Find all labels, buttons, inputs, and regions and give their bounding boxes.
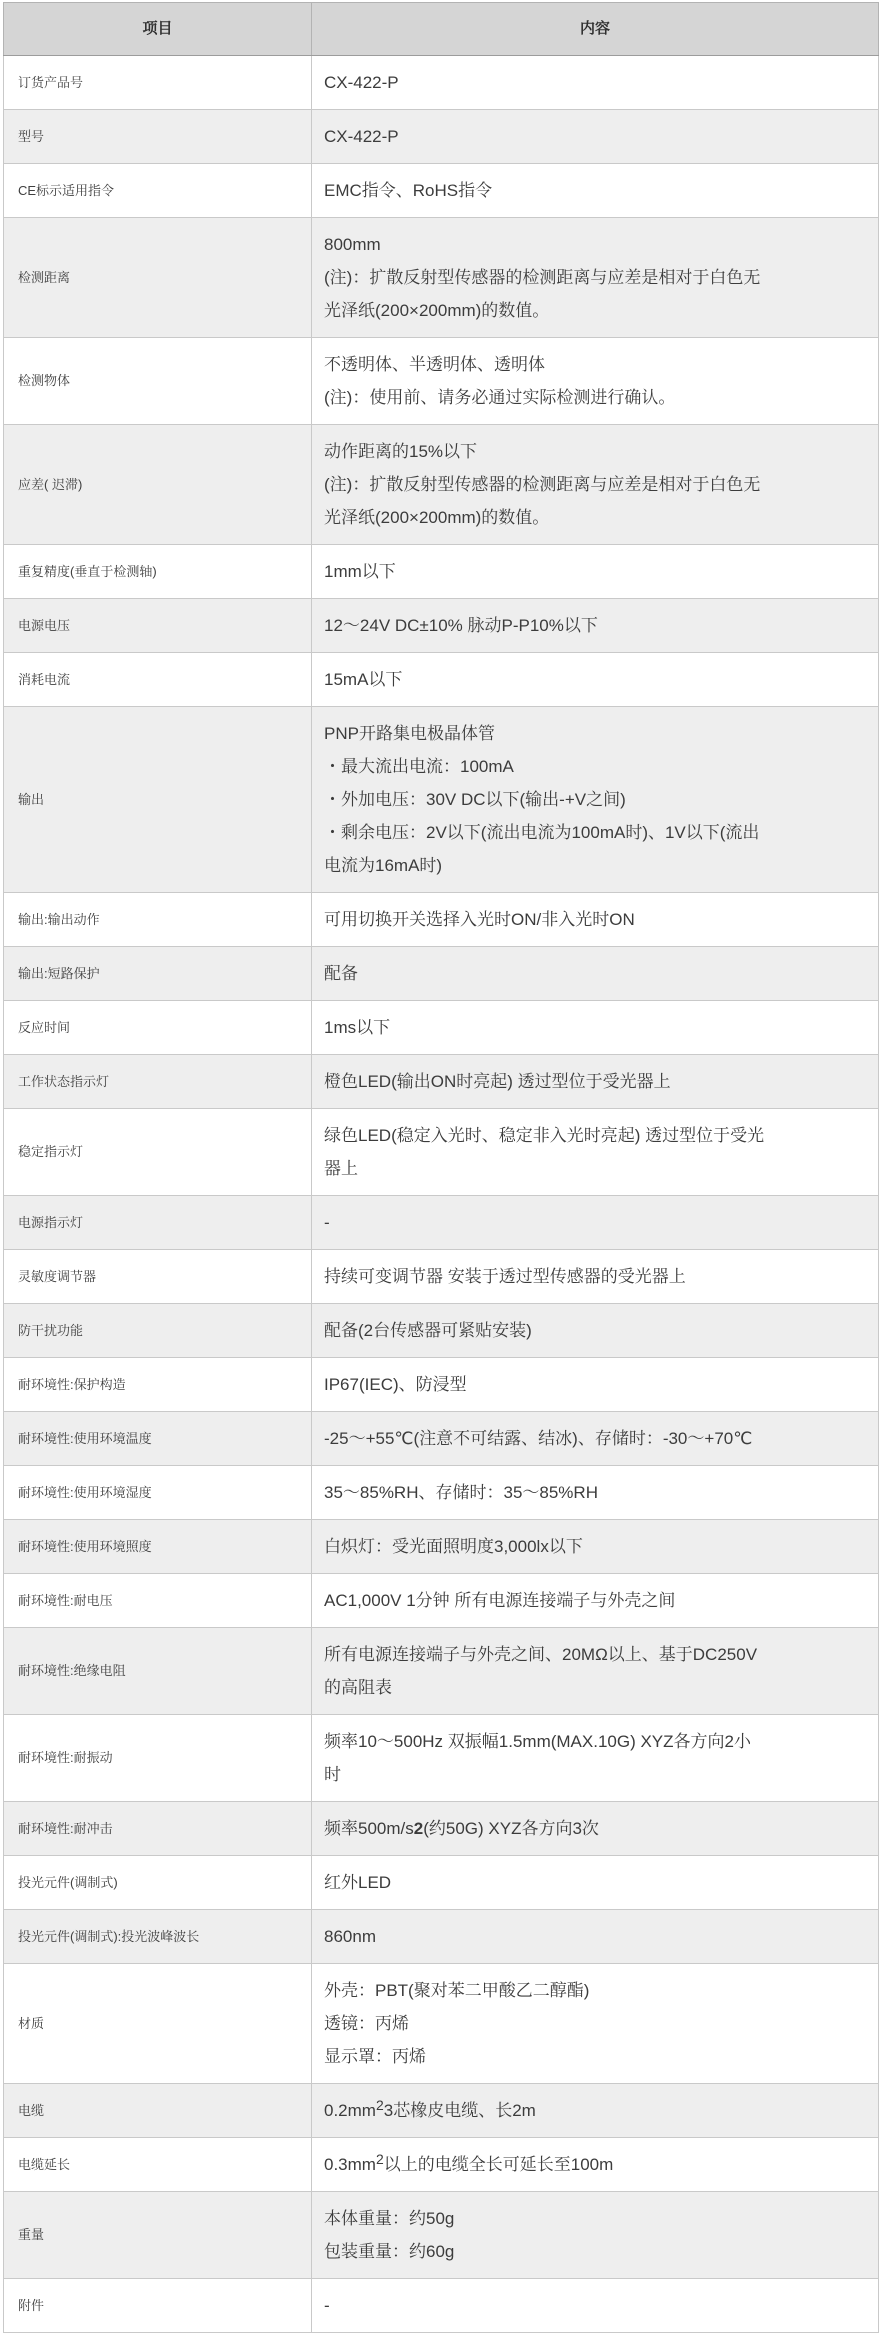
spec-item-label: 耐环境性:使用环境温度: [4, 1412, 312, 1466]
spec-item-value: 红外LED: [312, 1856, 879, 1910]
spec-item-value: 动作距离的15%以下(注)：扩散反射型传感器的检测距离与应差是相对于白色无光泽纸…: [312, 425, 879, 545]
spec-value-line: 显示罩：丙烯: [324, 2040, 862, 2073]
spec-value-line: ・外加电压：30V DC以下(输出-+V之间): [324, 783, 862, 816]
spec-value-line: 白炽灯：受光面照明度3,000lx以下: [324, 1530, 862, 1563]
spec-item-label: 耐环境性:绝缘电阻: [4, 1628, 312, 1715]
spec-value-line: 12～24V DC±10% 脉动P-P10%以下: [324, 609, 862, 642]
table-row: 耐环境性:使用环境湿度35～85%RH、存储时：35～85%RH: [4, 1466, 879, 1520]
spec-item-value: 0.2mm23芯橡皮电缆、长2m: [312, 2084, 879, 2138]
spec-value-line: (注)：扩散反射型传感器的检测距离与应差是相对于白色无: [324, 468, 862, 501]
table-row: 耐环境性:耐冲击频率500m/s2(约50G) XYZ各方向3次: [4, 1802, 879, 1856]
spec-item-value: -: [312, 1196, 879, 1250]
spec-item-value: 橙色LED(输出ON时亮起) 透过型位于受光器上: [312, 1055, 879, 1109]
spec-value-line: 频率10～500Hz 双振幅1.5mm(MAX.10G) XYZ各方向2小: [324, 1725, 862, 1758]
spec-item-value: 1mm以下: [312, 545, 879, 599]
table-row: 电缆延长0.3mm2以上的电缆全长可延长至100m: [4, 2138, 879, 2192]
spec-item-value: 所有电源连接端子与外壳之间、20MΩ以上、基于DC250V的高阻表: [312, 1628, 879, 1715]
spec-value-line: 15mA以下: [324, 663, 862, 696]
spec-value-line: 光泽纸(200×200mm)的数值。: [324, 501, 862, 534]
table-row: 稳定指示灯绿色LED(稳定入光时、稳定非入光时亮起) 透过型位于受光器上: [4, 1109, 879, 1196]
spec-value-line: 所有电源连接端子与外壳之间、20MΩ以上、基于DC250V: [324, 1638, 862, 1671]
table-row: 灵敏度调节器持续可变调节器 安装于透过型传感器的受光器上: [4, 1250, 879, 1304]
spec-item-label: 耐环境性:耐冲击: [4, 1802, 312, 1856]
spec-item-value: PNP开路集电极晶体管・最大流出电流：100mA・外加电压：30V DC以下(输…: [312, 707, 879, 893]
table-row: 耐环境性:保护构造IP67(IEC)、防浸型: [4, 1358, 879, 1412]
spec-item-label: 输出:短路保护: [4, 947, 312, 1001]
spec-value-line: 绿色LED(稳定入光时、稳定非入光时亮起) 透过型位于受光: [324, 1119, 862, 1152]
spec-value-line: ・剩余电压：2V以下(流出电流为100mA时)、1V以下(流出: [324, 816, 862, 849]
spec-value-line: 不透明体、半透明体、透明体: [324, 348, 862, 381]
table-row: 反应时间1ms以下: [4, 1001, 879, 1055]
spec-item-label: 防干扰功能: [4, 1304, 312, 1358]
spec-item-value: 白炽灯：受光面照明度3,000lx以下: [312, 1520, 879, 1574]
spec-item-value: 频率500m/s2(约50G) XYZ各方向3次: [312, 1802, 879, 1856]
spec-item-label: 订货产品号: [4, 56, 312, 110]
spec-value-line: 外壳：PBT(聚对苯二甲酸乙二醇酯): [324, 1974, 862, 2007]
spec-item-label: 电源电压: [4, 599, 312, 653]
spec-value-line: 透镜：丙烯: [324, 2007, 862, 2040]
spec-item-label: 重复精度(垂直于检测轴): [4, 545, 312, 599]
table-row: 投光元件(调制式):投光波峰波长860nm: [4, 1910, 879, 1964]
spec-value-line: 时: [324, 1758, 862, 1791]
spec-item-value: EMC指令、RoHS指令: [312, 164, 879, 218]
spec-item-label: 耐环境性:耐振动: [4, 1715, 312, 1802]
spec-item-value: 配备: [312, 947, 879, 1001]
spec-value-line: 动作距离的15%以下: [324, 435, 862, 468]
spec-value-line: 1mm以下: [324, 555, 862, 588]
spec-table: 项目 内容 订货产品号CX-422-P型号CX-422-PCE标示适用指令EMC…: [3, 2, 879, 2333]
spec-value-line: 红外LED: [324, 1866, 862, 1899]
spec-item-value: 配备(2台传感器可紧贴安装): [312, 1304, 879, 1358]
spec-value-line: -: [324, 2289, 862, 2322]
spec-item-value: CX-422-P: [312, 56, 879, 110]
table-row: 耐环境性:绝缘电阻所有电源连接端子与外壳之间、20MΩ以上、基于DC250V的高…: [4, 1628, 879, 1715]
table-row: 耐环境性:耐电压AC1,000V 1分钟 所有电源连接端子与外壳之间: [4, 1574, 879, 1628]
spec-value-line: 配备: [324, 957, 862, 990]
spec-item-label: CE标示适用指令: [4, 164, 312, 218]
spec-value-line: -25～+55℃(注意不可结露、结冰)、存储时：-30～+70℃: [324, 1422, 862, 1455]
table-row: 检测距离800mm(注)：扩散反射型传感器的检测距离与应差是相对于白色无光泽纸(…: [4, 218, 879, 338]
spec-item-label: 电源指示灯: [4, 1196, 312, 1250]
column-header-item: 项目: [4, 3, 312, 56]
spec-value-line: 1ms以下: [324, 1011, 862, 1044]
spec-item-label: 检测距离: [4, 218, 312, 338]
spec-item-value: 860nm: [312, 1910, 879, 1964]
table-row: 检测物体不透明体、半透明体、透明体(注)：使用前、请务必通过实际检测进行确认。: [4, 338, 879, 425]
spec-value-line: 包装重量：约60g: [324, 2235, 862, 2268]
spec-item-label: 材质: [4, 1964, 312, 2084]
spec-item-label: 应差( 迟滞): [4, 425, 312, 545]
table-header-row: 项目 内容: [4, 3, 879, 56]
spec-value-line: 的高阻表: [324, 1671, 862, 1704]
superscript-digit: 2: [376, 2097, 384, 2113]
spec-item-label: 工作状态指示灯: [4, 1055, 312, 1109]
spec-value-line: 35～85%RH、存储时：35～85%RH: [324, 1476, 862, 1509]
spec-item-value: 绿色LED(稳定入光时、稳定非入光时亮起) 透过型位于受光器上: [312, 1109, 879, 1196]
table-row: 耐环境性:使用环境温度-25～+55℃(注意不可结露、结冰)、存储时：-30～+…: [4, 1412, 879, 1466]
spec-item-value: -: [312, 2279, 879, 2333]
spec-value-line: 800mm: [324, 228, 862, 261]
spec-item-value: IP67(IEC)、防浸型: [312, 1358, 879, 1412]
table-row: 工作状态指示灯橙色LED(输出ON时亮起) 透过型位于受光器上: [4, 1055, 879, 1109]
table-row: 输出:短路保护配备: [4, 947, 879, 1001]
spec-item-value: 1ms以下: [312, 1001, 879, 1055]
spec-page: 项目 内容 订货产品号CX-422-P型号CX-422-PCE标示适用指令EMC…: [0, 0, 882, 2335]
spec-item-label: 输出: [4, 707, 312, 893]
spec-item-value: CX-422-P: [312, 110, 879, 164]
table-row: 电缆0.2mm23芯橡皮电缆、长2m: [4, 2084, 879, 2138]
spec-value-line: 0.3mm2以上的电缆全长可延长至100m: [324, 2148, 862, 2181]
spec-item-value: 本体重量：约50g包装重量：约60g: [312, 2192, 879, 2279]
spec-value-line: 860nm: [324, 1920, 862, 1953]
spec-value-line: 持续可变调节器 安装于透过型传感器的受光器上: [324, 1260, 862, 1293]
spec-item-value: AC1,000V 1分钟 所有电源连接端子与外壳之间: [312, 1574, 879, 1628]
table-row: 防干扰功能配备(2台传感器可紧贴安装): [4, 1304, 879, 1358]
spec-value-line: CX-422-P: [324, 120, 862, 153]
spec-item-value: 频率10～500Hz 双振幅1.5mm(MAX.10G) XYZ各方向2小时: [312, 1715, 879, 1802]
table-row: 耐环境性:耐振动频率10～500Hz 双振幅1.5mm(MAX.10G) XYZ…: [4, 1715, 879, 1802]
table-row: 重量本体重量：约50g包装重量：约60g: [4, 2192, 879, 2279]
table-row: 重复精度(垂直于检测轴)1mm以下: [4, 545, 879, 599]
spec-item-value: 可用切换开关选择入光时ON/非入光时ON: [312, 893, 879, 947]
spec-value-line: ・最大流出电流：100mA: [324, 750, 862, 783]
spec-item-label: 耐环境性:使用环境湿度: [4, 1466, 312, 1520]
table-row: 电源指示灯-: [4, 1196, 879, 1250]
table-row: 输出PNP开路集电极晶体管・最大流出电流：100mA・外加电压：30V DC以下…: [4, 707, 879, 893]
spec-item-label: 投光元件(调制式):投光波峰波长: [4, 1910, 312, 1964]
spec-item-value: 不透明体、半透明体、透明体(注)：使用前、请务必通过实际检测进行确认。: [312, 338, 879, 425]
spec-item-label: 灵敏度调节器: [4, 1250, 312, 1304]
spec-item-value: 持续可变调节器 安装于透过型传感器的受光器上: [312, 1250, 879, 1304]
spec-value-line: 橙色LED(输出ON时亮起) 透过型位于受光器上: [324, 1065, 862, 1098]
spec-table-body: 订货产品号CX-422-P型号CX-422-PCE标示适用指令EMC指令、RoH…: [4, 56, 879, 2333]
spec-value-line: 可用切换开关选择入光时ON/非入光时ON: [324, 903, 862, 936]
spec-item-label: 型号: [4, 110, 312, 164]
table-row: 型号CX-422-P: [4, 110, 879, 164]
spec-value-line: (注)：使用前、请务必通过实际检测进行确认。: [324, 381, 862, 414]
spec-value-line: 电流为16mA时): [324, 849, 862, 882]
bold-digit: 2: [414, 1819, 423, 1838]
spec-item-label: 附件: [4, 2279, 312, 2333]
spec-value-line: (注)：扩散反射型传感器的检测距离与应差是相对于白色无: [324, 261, 862, 294]
spec-item-value: 外壳：PBT(聚对苯二甲酸乙二醇酯)透镜：丙烯显示罩：丙烯: [312, 1964, 879, 2084]
table-row: 附件-: [4, 2279, 879, 2333]
spec-item-value: -25～+55℃(注意不可结露、结冰)、存储时：-30～+70℃: [312, 1412, 879, 1466]
spec-item-label: 重量: [4, 2192, 312, 2279]
spec-item-value: 35～85%RH、存储时：35～85%RH: [312, 1466, 879, 1520]
spec-item-label: 反应时间: [4, 1001, 312, 1055]
spec-value-line: 频率500m/s2(约50G) XYZ各方向3次: [324, 1812, 862, 1845]
table-row: 材质外壳：PBT(聚对苯二甲酸乙二醇酯)透镜：丙烯显示罩：丙烯: [4, 1964, 879, 2084]
table-row: 输出:输出动作可用切换开关选择入光时ON/非入光时ON: [4, 893, 879, 947]
spec-value-line: 光泽纸(200×200mm)的数值。: [324, 294, 862, 327]
spec-item-label: 输出:输出动作: [4, 893, 312, 947]
spec-value-line: CX-422-P: [324, 66, 862, 99]
superscript-digit: 2: [376, 2151, 384, 2167]
spec-item-value: 15mA以下: [312, 653, 879, 707]
spec-item-label: 消耗电流: [4, 653, 312, 707]
spec-value-line: PNP开路集电极晶体管: [324, 717, 862, 750]
table-row: 电源电压12～24V DC±10% 脉动P-P10%以下: [4, 599, 879, 653]
spec-item-label: 稳定指示灯: [4, 1109, 312, 1196]
spec-item-value: 800mm(注)：扩散反射型传感器的检测距离与应差是相对于白色无光泽纸(200×…: [312, 218, 879, 338]
spec-value-line: 本体重量：约50g: [324, 2202, 862, 2235]
spec-item-label: 电缆: [4, 2084, 312, 2138]
column-header-content: 内容: [312, 3, 879, 56]
spec-value-line: IP67(IEC)、防浸型: [324, 1368, 862, 1401]
spec-item-label: 投光元件(调制式): [4, 1856, 312, 1910]
spec-value-line: AC1,000V 1分钟 所有电源连接端子与外壳之间: [324, 1584, 862, 1617]
spec-value-line: -: [324, 1206, 862, 1239]
spec-item-value: 0.3mm2以上的电缆全长可延长至100m: [312, 2138, 879, 2192]
table-row: 应差( 迟滞)动作距离的15%以下(注)：扩散反射型传感器的检测距离与应差是相对…: [4, 425, 879, 545]
spec-item-label: 耐环境性:保护构造: [4, 1358, 312, 1412]
spec-item-value: 12～24V DC±10% 脉动P-P10%以下: [312, 599, 879, 653]
spec-item-label: 检测物体: [4, 338, 312, 425]
table-row: CE标示适用指令EMC指令、RoHS指令: [4, 164, 879, 218]
table-row: 订货产品号CX-422-P: [4, 56, 879, 110]
spec-value-line: 器上: [324, 1152, 862, 1185]
spec-item-label: 耐环境性:耐电压: [4, 1574, 312, 1628]
spec-value-line: 0.2mm23芯橡皮电缆、长2m: [324, 2094, 862, 2127]
table-row: 投光元件(调制式)红外LED: [4, 1856, 879, 1910]
spec-item-label: 耐环境性:使用环境照度: [4, 1520, 312, 1574]
table-row: 耐环境性:使用环境照度白炽灯：受光面照明度3,000lx以下: [4, 1520, 879, 1574]
spec-value-line: EMC指令、RoHS指令: [324, 174, 862, 207]
table-row: 消耗电流15mA以下: [4, 653, 879, 707]
spec-item-label: 电缆延长: [4, 2138, 312, 2192]
spec-value-line: 配备(2台传感器可紧贴安装): [324, 1314, 862, 1347]
